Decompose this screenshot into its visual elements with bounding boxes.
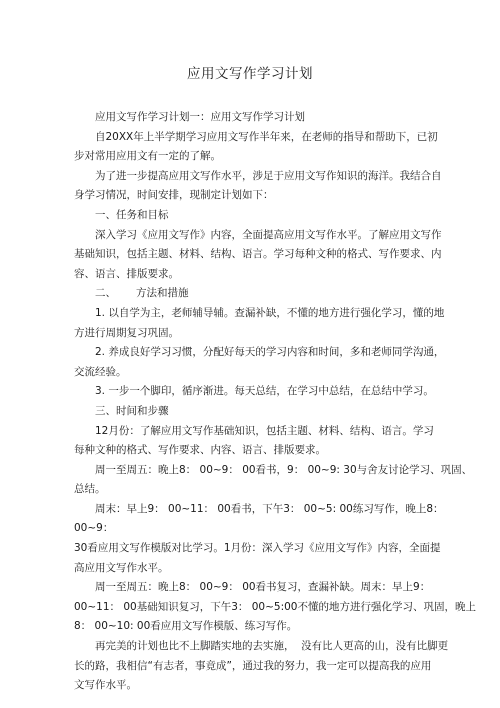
- paragraph-line: 容、语言、排版要求。: [74, 265, 419, 285]
- paragraph-line: 长的路，我相信“有志者，事竟成”，通过我的努力，我一定可以提高我的应用: [74, 657, 419, 677]
- paragraph-line: 为了进一步提高应用文写作水平，涉足于应用文写作知识的海洋。我结合自: [74, 167, 419, 187]
- paragraph-line: 高应用文写作水平。: [74, 559, 419, 579]
- paragraph-line: 30看应用文写作模版对比学习。1月份：深入学习《应用文写作》内容，全面提: [74, 539, 419, 559]
- paragraph-line: 身学习情况，时间安排，现制定计划如下：: [74, 186, 419, 206]
- section-heading: 三、时间和步骤: [74, 402, 419, 422]
- list-item: 1. 以自学为主，老师辅导辅。查漏补缺，不懂的地方进行强化学习，懂的地: [74, 304, 419, 324]
- list-item: 2. 养成良好学习习惯，分配好每天的学习内容和时间，多和老师同学沟通，: [74, 343, 419, 363]
- paragraph-line: 深入学习《应用文写作》内容，全面提高应用文写作水平。了解应用文写作: [74, 226, 419, 246]
- document-title: 应用文写作学习计划: [0, 62, 500, 82]
- schedule-line: 周一至周五：晚上8： 00~9： 00看书复习，查漏补缺。周末：早上9：: [74, 578, 419, 598]
- paragraph-line: 文写作水平。: [74, 676, 419, 696]
- schedule-line: 周末：早上9： 00~11： 00看书，下午3： 00~5: 00练习写作，晚上…: [74, 500, 419, 520]
- list-item: 3. 一步一个脚印，循序渐进。每天总结，在学习中总结，在总结中学习。: [74, 382, 419, 402]
- paragraph-line: 8： 00~10: 00看应用文写作模版、练习写作。: [74, 617, 419, 637]
- paragraph-line: 12月份：了解应用文写作基础知识，包括主题、材料、结构、语言。学习: [74, 422, 419, 442]
- paragraph-line: 方进行周期复习巩固。: [74, 324, 419, 344]
- paragraph-line: 每种文种的格式、写作要求、内容、语言、排版要求。: [74, 441, 419, 461]
- section-heading: 二、 方法和措施: [74, 284, 419, 304]
- schedule-line: 周一至周五：晚上8： 00~9： 00看书，9： 00~9: 30与舍友讨论学习…: [74, 461, 419, 481]
- section-heading: 一、任务和目标: [74, 206, 419, 226]
- paragraph-line: 步对常用应用文有一定的了解。: [74, 147, 419, 167]
- paragraph-line: 总结。: [74, 480, 419, 500]
- paragraph-line: 交流经验。: [74, 363, 419, 383]
- paragraph-line: 基础知识，包括主题、材料、结构、语言。学习每种文种的格式、写作要求、内: [74, 245, 419, 265]
- paragraph-line: 00~11： 00基础知识复习，下午3： 00~5:00不懂的地方进行强化学习、…: [74, 598, 419, 618]
- paragraph-line: 00~9：: [74, 519, 419, 539]
- paragraph-line: 自20XX年上半学期学习应用文写作半年来，在老师的指导和帮助下，已初: [74, 128, 419, 148]
- paragraph-line: 应用文写作学习计划一：应用文写作学习计划: [74, 108, 419, 128]
- paragraph-line: 再完美的计划也比不上脚踏实地的去实施， 没有比人更高的山，没有比脚更: [74, 637, 419, 657]
- document-body: 应用文写作学习计划一：应用文写作学习计划 自20XX年上半学期学习应用文写作半年…: [74, 108, 419, 696]
